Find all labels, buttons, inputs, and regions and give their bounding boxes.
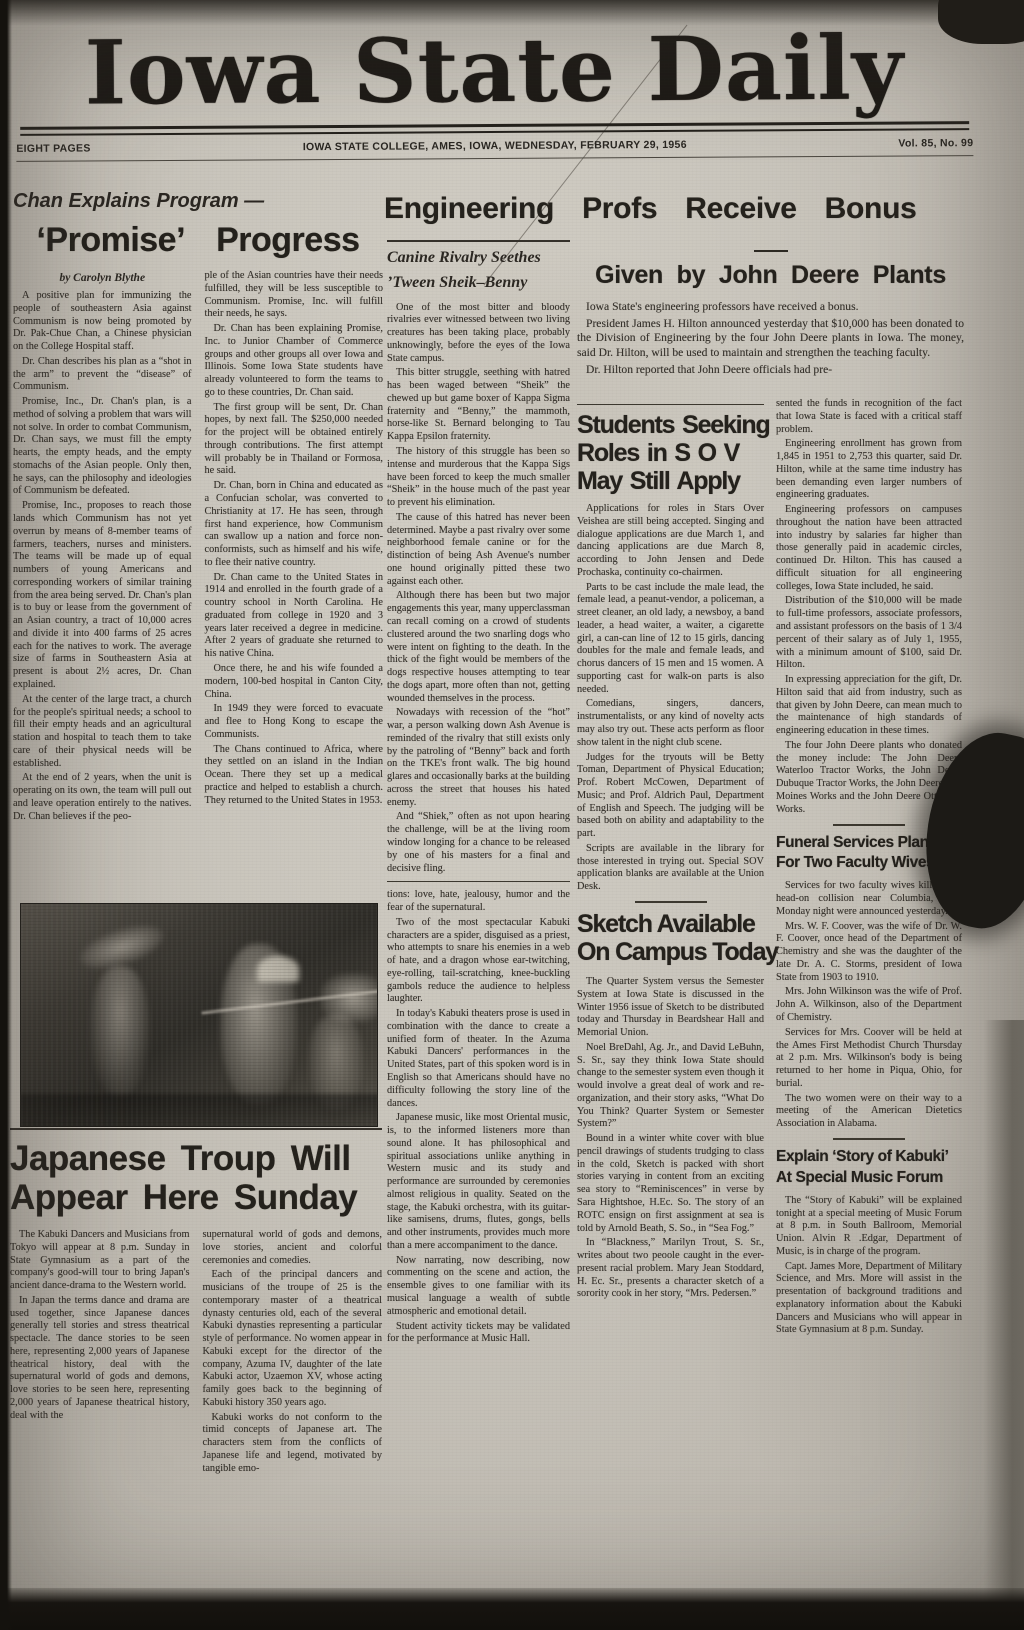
headline-line: Sketch Available — [577, 910, 764, 939]
scan-edge-bottom — [0, 1588, 1024, 1630]
paragraph: And “Shiek,” often as not upon hearing t… — [387, 811, 570, 875]
paragraph: Although there has been but two major en… — [387, 590, 570, 705]
byline: by Carolyn Blythe — [13, 272, 192, 284]
divider — [833, 1138, 905, 1140]
paragraph: Judges for the tryouts will be Betty Tom… — [577, 752, 764, 841]
paragraph: The Chans continued to Africa, where the… — [205, 744, 384, 808]
paragraph: One of the most bitter and bloody rivalr… — [387, 302, 570, 366]
paragraph: Dr. Hilton reported that John Deere offi… — [577, 363, 964, 378]
article-headline-engineering-bonus: Engineering Profs Receive Bonus — [384, 192, 972, 226]
paragraph: Comedians, singers, dancers, instrumenta… — [577, 698, 764, 749]
headline-line: Appear Here Sunday — [10, 1179, 382, 1218]
article-text: Applications for roles in Stars Over Vei… — [577, 503, 764, 894]
headline-line: Students Seeking — [577, 411, 764, 439]
paragraph: Mrs. W. F. Coover, was the wife of Dr. W… — [776, 921, 962, 985]
paragraph: A positive plan for immunizing the peopl… — [13, 290, 192, 354]
newspaper-page: Iowa State Daily EIGHT PAGES IOWA STATE … — [0, 0, 1024, 1630]
article-subhead: Given by John Deere Plants — [577, 261, 964, 290]
headline-line: Japanese Troup Will — [10, 1140, 382, 1179]
paragraph: In today's Kabuki theaters prose is used… — [387, 1008, 570, 1110]
paragraph: sented the funds in recognition of the f… — [776, 398, 962, 436]
article-text: One of the most bitter and bloody rivalr… — [387, 302, 570, 876]
photo-dancer-figure — [309, 1014, 363, 1109]
newspaper-title: Iowa State Daily — [12, 23, 978, 117]
column-4: Students Seeking Roles in S O V May Stil… — [577, 404, 764, 1303]
rule — [10, 1128, 382, 1130]
paragraph: Scripts are available in the library for… — [577, 843, 764, 894]
photo-cloth-shape — [321, 974, 378, 1022]
paragraph: Dr. Chan came to the United States in 19… — [205, 572, 384, 661]
paragraph: Japanese music, like most Oriental music… — [387, 1112, 570, 1252]
paragraph: ple of the Asian countries have their ne… — [205, 270, 384, 321]
rule — [20, 128, 969, 136]
paragraph: The cause of this hatred has never been … — [387, 512, 570, 589]
paragraph: The history of this struggle has been so… — [387, 446, 570, 510]
scan-edge-right — [984, 1020, 1024, 1630]
paragraph: Promise, Inc., proposes to reach those l… — [13, 500, 192, 691]
article-kicker: Canine Rivalry Seethes — [387, 248, 570, 269]
paragraph: Distribution of the $10,000 will be made… — [776, 595, 962, 672]
article-text: Services for two faculty wives killed in… — [776, 880, 962, 1131]
headline-line: On Campus Today — [577, 938, 764, 967]
paragraph: Parts to be cast include the male lead, … — [577, 582, 764, 697]
paragraph: Dr. Chan describes his plan as a “shot i… — [13, 356, 192, 394]
paragraph: Student activity tickets may be validate… — [387, 1321, 570, 1347]
kabuki-dancers-photo — [20, 903, 378, 1127]
paragraph: Dr. Chan has been explaining Promise, In… — [205, 323, 384, 400]
paragraph: Bound in a winter white cover with blue … — [577, 1133, 764, 1235]
article-text-kabuki-continuation: tions: love, hate, jealousy, humor and t… — [387, 889, 570, 1346]
paragraph: The Quarter System versus the Semester S… — [577, 976, 764, 1040]
photo-streamer-shape — [202, 988, 378, 1014]
paragraph: Nowadays with recession of the “hot” war… — [387, 707, 570, 809]
article-kicker: Chan Explains Program — — [13, 190, 383, 213]
article-headline: ‘Promise’ Progress — [13, 221, 383, 260]
dateline-text: IOWA STATE COLLEGE, AMES, IOWA, WEDNESDA… — [186, 138, 803, 154]
paragraph: Dr. Chan, born in China and educated as … — [205, 480, 384, 569]
article-lead-text: Iowa State's engineering professors have… — [577, 300, 964, 378]
article-headline-kabuki-forum: Explain ‘Story of Kabuki’ At Special Mus… — [776, 1147, 962, 1189]
paragraph: supernatural world of gods and demons, l… — [203, 1229, 383, 1267]
paragraph: The two women were on their way to a mee… — [776, 1093, 962, 1131]
article-columns: The Kabuki Dancers and Musicians from To… — [10, 1229, 382, 1478]
article-text: The Kabuki Dancers and Musicians from To… — [10, 1229, 190, 1422]
photo-stage-floor — [20, 1094, 378, 1127]
paragraph: The “Story of Kabuki” will be explained … — [776, 1195, 962, 1259]
column-1: by Carolyn Blythe A positive plan for im… — [13, 270, 192, 825]
article-subhead: ’Tween Sheik–Benny — [387, 273, 570, 294]
article-headline: Japanese Troup Will Appear Here Sunday — [10, 1140, 382, 1217]
paragraph: Promise, Inc., Dr. Chan's plan, is a met… — [13, 396, 192, 498]
article-canine-rivalry: Canine Rivalry Seethes ’Tween Sheik–Benn… — [387, 240, 570, 1348]
photo-fan-shape — [257, 956, 299, 982]
paragraph: Applications for roles in Stars Over Vei… — [577, 503, 764, 580]
column-2: ple of the Asian countries have their ne… — [205, 270, 384, 825]
paragraph: Each of the principal dancers and musici… — [203, 1269, 383, 1409]
volume-number: Vol. 85, No. 99 — [803, 137, 973, 150]
paragraph: The Kabuki Dancers and Musicians from To… — [10, 1229, 190, 1293]
rule — [16, 155, 973, 162]
paragraph: Iowa State's engineering professors have… — [577, 300, 964, 315]
paragraph: In “Blackness,” Marilyn Trout, S. Sr., w… — [577, 1237, 764, 1301]
paragraph: Noel BreDahl, Ag. Jr., and David LeBuhn,… — [577, 1042, 764, 1131]
scan-edge-top — [0, 0, 1024, 26]
masthead: Iowa State Daily EIGHT PAGES IOWA STATE … — [12, 23, 978, 162]
article-text-deere-continuation: sented the funds in recognition of the f… — [776, 398, 962, 817]
headline-line: Explain ‘Story of Kabuki’ — [776, 1147, 962, 1168]
photo-dancer-figure — [91, 966, 149, 1096]
paragraph: The first group will be sent, Dr. Chan h… — [205, 402, 384, 479]
headline-line: At Special Music Forum — [776, 1168, 962, 1189]
paragraph: President James H. Hilton announced yest… — [577, 317, 964, 361]
dateline-row: EIGHT PAGES IOWA STATE COLLEGE, AMES, IO… — [16, 137, 973, 155]
article-text: The Quarter System versus the Semester S… — [577, 976, 764, 1301]
paragraph: Mrs. John Wilkinson was the wife of Prof… — [776, 986, 962, 1024]
article-headline-sov: Students Seeking Roles in S O V May Stil… — [577, 411, 764, 495]
paragraph: Engineering enrollment has grown from 1,… — [776, 438, 962, 502]
article-text: A positive plan for immunizing the peopl… — [13, 290, 192, 823]
headline-line: Roles in S O V — [577, 439, 764, 467]
rule — [387, 240, 570, 242]
divider — [635, 901, 707, 903]
article-promise-progress: Chan Explains Program — ‘Promise’ Progre… — [13, 190, 383, 825]
column-1: The Kabuki Dancers and Musicians from To… — [10, 1229, 190, 1478]
rule — [387, 881, 570, 882]
article-headline-sketch: Sketch Available On Campus Today — [577, 910, 764, 967]
article-text: The “Story of Kabuki” will be explained … — [776, 1195, 962, 1337]
article-john-deere-lead: Given by John Deere Plants Iowa State's … — [577, 250, 964, 380]
paragraph: Now narrating, now describing, now comme… — [387, 1255, 570, 1319]
paragraph: tions: love, hate, jealousy, humor and t… — [387, 889, 570, 915]
paragraph: At the center of the large tract, a chur… — [13, 694, 192, 771]
paragraph: In expressing appreciation for the gift,… — [776, 674, 962, 738]
pages-note: EIGHT PAGES — [16, 142, 186, 155]
headline-line: May Still Apply — [577, 467, 764, 495]
paragraph: In 1949 they were forced to evacuate and… — [205, 703, 384, 741]
paragraph: At the end of 2 years, when the unit is … — [13, 772, 192, 823]
paragraph: Capt. James More, Department of Military… — [776, 1261, 962, 1338]
article-text: ple of the Asian countries have their ne… — [205, 270, 384, 807]
paragraph: Services for Mrs. Coover will be held at… — [776, 1027, 962, 1091]
paragraph: This bitter struggle, seething with hatr… — [387, 367, 570, 444]
photo-parasol-shape — [76, 918, 168, 977]
photo-dancer-figure — [221, 944, 297, 1104]
scan-edge-left — [0, 0, 12, 1630]
paragraph: Engineering professors on campuses throu… — [776, 504, 962, 593]
paragraph: Once there, he and his wife founded a mo… — [205, 663, 384, 701]
paragraph: In Japan the terms dance and drama are u… — [10, 1295, 190, 1423]
article-columns: by Carolyn Blythe A positive plan for im… — [13, 270, 383, 825]
paragraph: Two of the most spectacular Kabuki chara… — [387, 917, 570, 1006]
divider-dash — [754, 250, 788, 252]
paragraph: Kabuki works do not conform to the timid… — [203, 1412, 383, 1476]
article-text: supernatural world of gods and demons, l… — [203, 1229, 383, 1476]
divider — [833, 824, 905, 826]
column-2: supernatural world of gods and demons, l… — [203, 1229, 383, 1478]
rule — [577, 404, 764, 405]
article-japanese-troup: Japanese Troup Will Appear Here Sunday T… — [10, 1128, 382, 1478]
